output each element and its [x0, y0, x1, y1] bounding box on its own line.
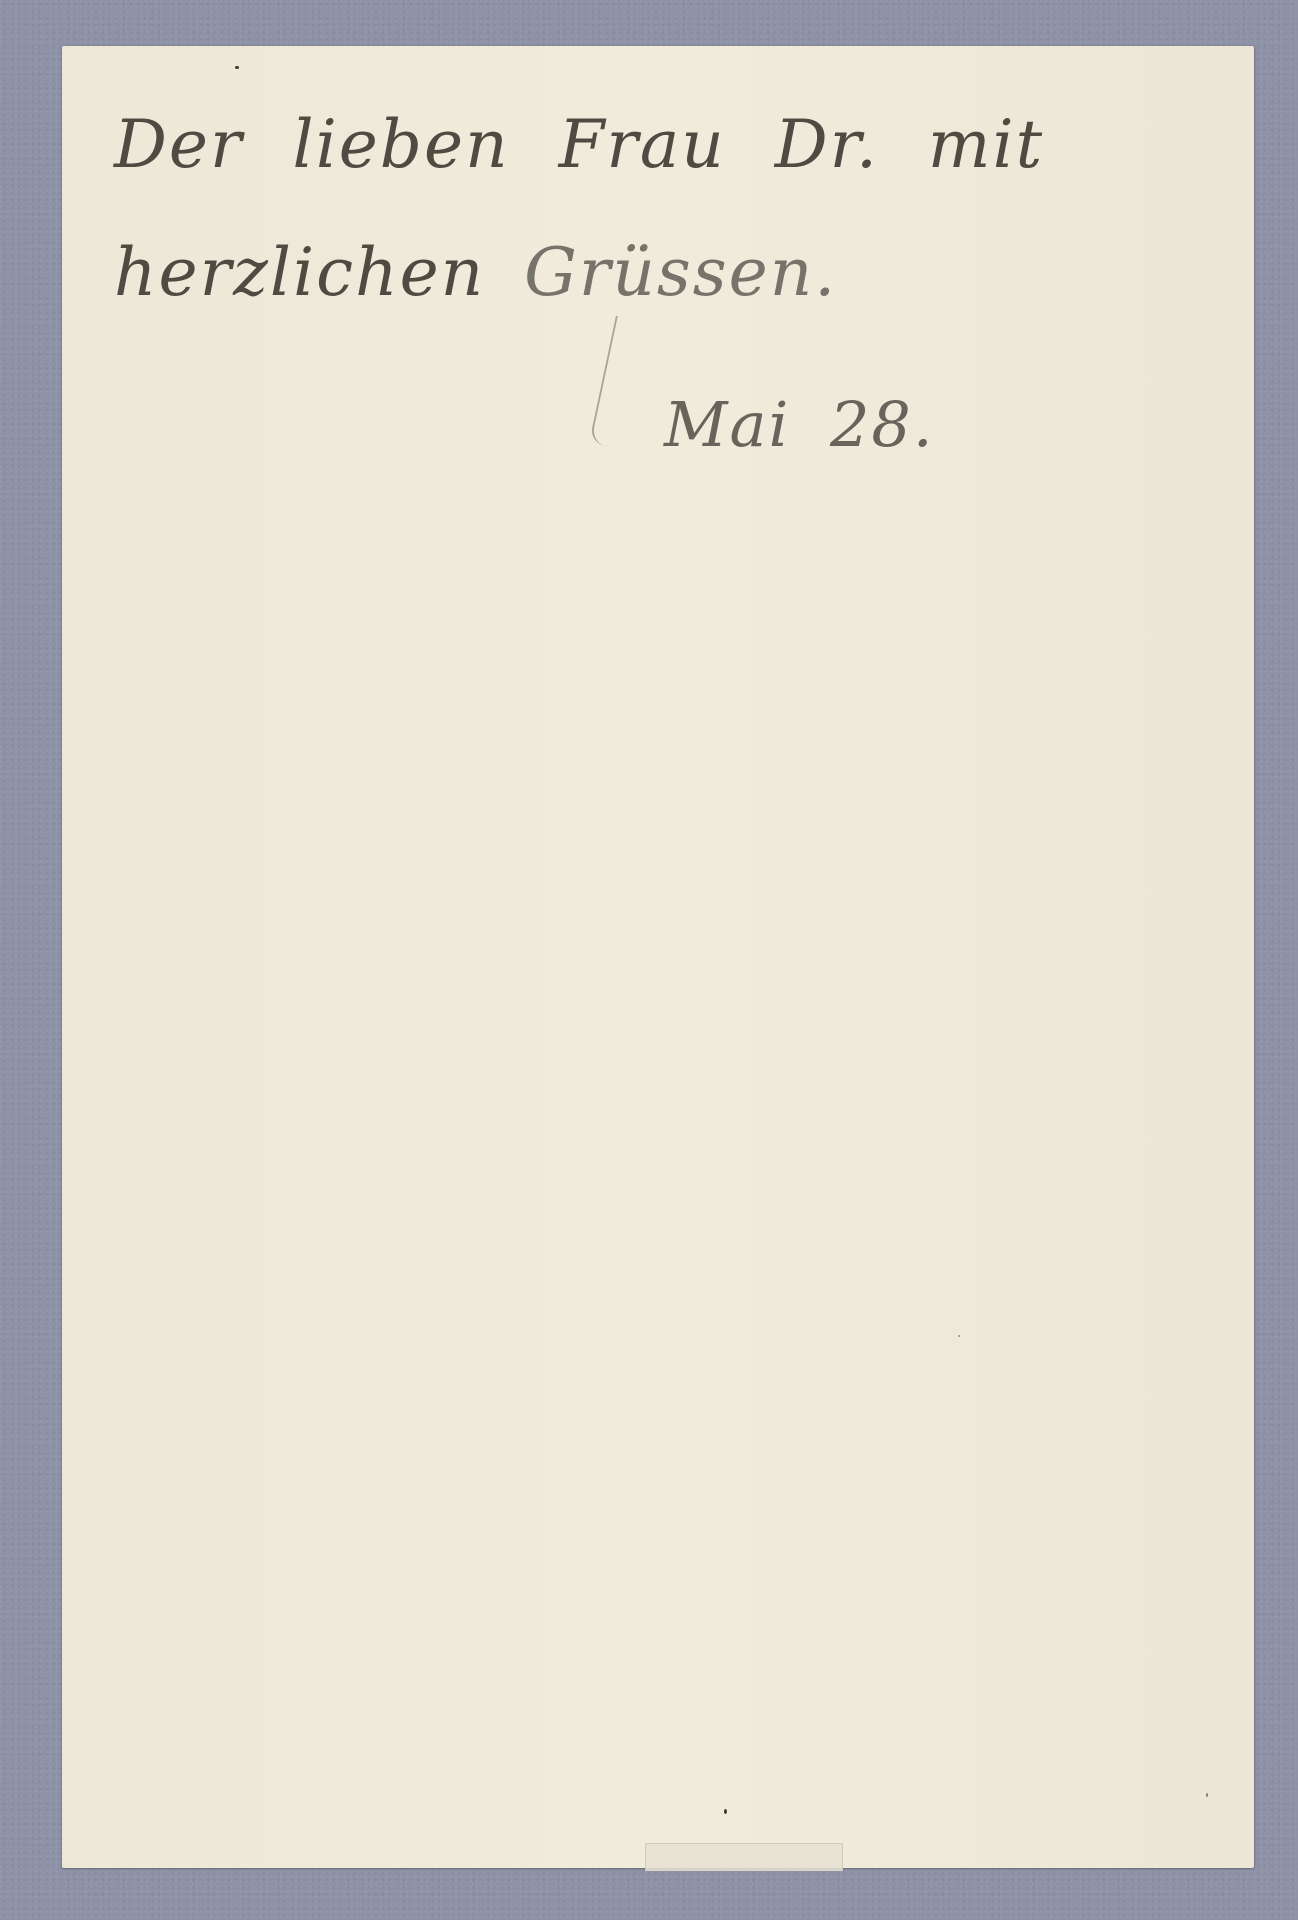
- card: Der lieben Frau Dr. mit herzlichen Grüss…: [62, 46, 1254, 1868]
- inscription-line-1: Der lieben Frau Dr. mit: [114, 106, 1044, 183]
- inscription-line-2: herzlichen Grüssen.: [114, 234, 837, 311]
- inscription-word-gruessen: Grüssen.: [524, 234, 837, 311]
- paper-speck: [1206, 1793, 1208, 1797]
- paper-speck: [958, 1335, 960, 1337]
- inscription-word-herzlichen: herzlichen: [114, 234, 485, 311]
- mounting-tape: [645, 1843, 843, 1871]
- paper-speck: [235, 66, 239, 69]
- paper-speck: [724, 1809, 727, 1814]
- letter-g-descender: [588, 316, 648, 446]
- inscription-date: Mai 28.: [664, 388, 935, 461]
